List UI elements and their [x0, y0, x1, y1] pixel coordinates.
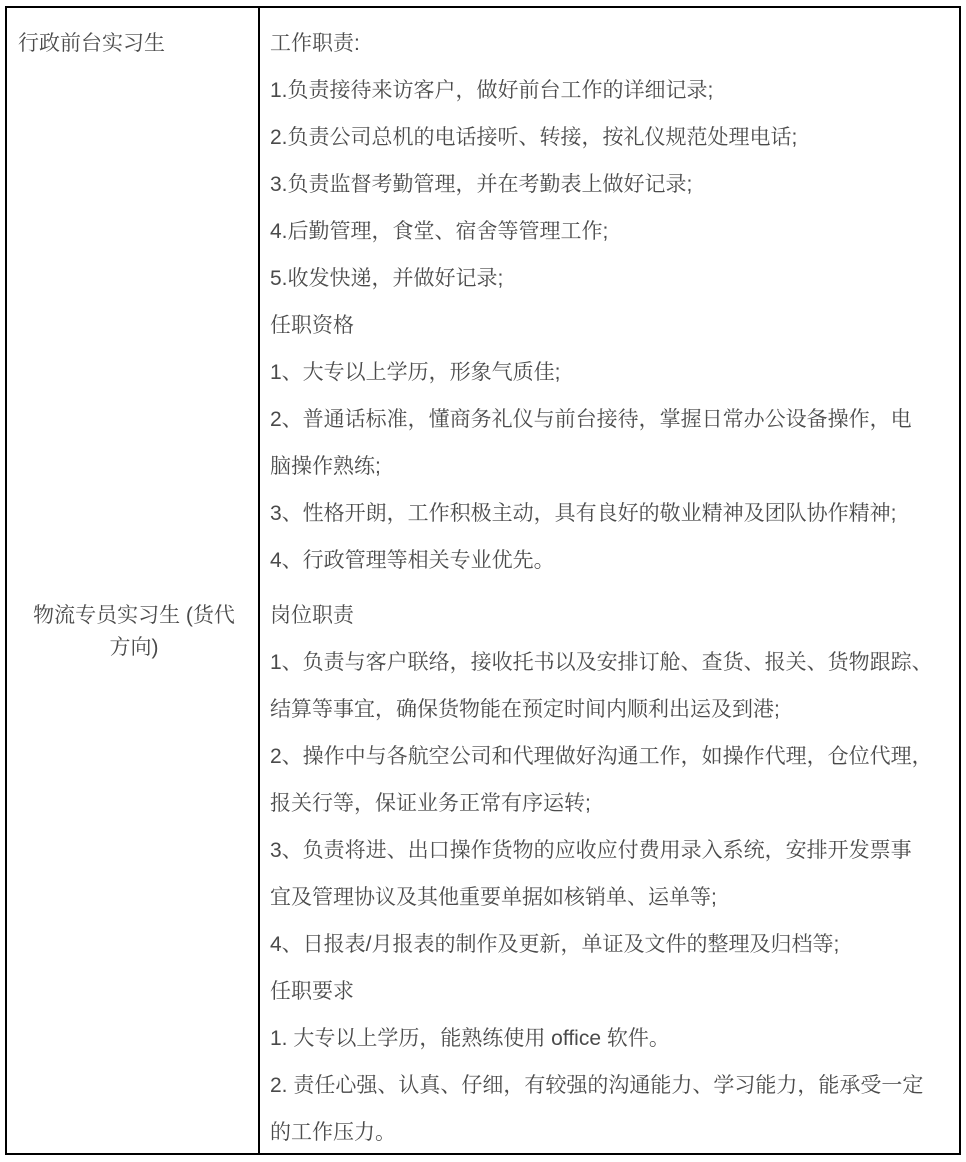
text-line: 岗位职责 — [270, 592, 951, 639]
job-title-cell-admin-front-desk-intern: 行政前台实习生 — [7, 8, 260, 580]
text-line: 宜及管理协议及其他重要单据如核销单、运单等; — [270, 874, 951, 921]
text-line: 结算等事宜，确保货物能在预定时间内顺利出运及到港; — [270, 686, 951, 733]
text-line: 任职要求 — [270, 968, 951, 1015]
text-line: 1、负责与客户联络，接收托书以及安排订舱、查货、报关、货物跟踪、 — [270, 639, 951, 686]
text-line: 3、性格开朗，工作积极主动，具有良好的敬业精神及团队协作精神; — [270, 490, 951, 537]
text-line: 2、操作中与各航空公司和代理做好沟通工作，如操作代理，仓位代理， — [270, 733, 951, 780]
job-title-cell-logistics-specialist-intern: 物流专员实习生 (货代方向) — [7, 580, 260, 1153]
text-line: 4、行政管理等相关专业优先。 — [270, 537, 951, 580]
text-line: 4.后勤管理，食堂、宿舍等管理工作; — [270, 208, 951, 255]
text-line: 1. 大专以上学历，能熟练使用 office 软件。 — [270, 1015, 951, 1062]
job-description-cell-logistics-specialist-intern: 岗位职责1、负责与客户联络，接收托书以及安排订舱、查货、报关、货物跟踪、结算等事… — [260, 580, 959, 1153]
text-line: 物流专员实习生 (货代 — [18, 600, 250, 632]
text-line: 5.收发快递，并做好记录; — [270, 255, 951, 302]
text-line: 报关行等，保证业务正常有序运转; — [270, 780, 951, 827]
text-line: 方向) — [18, 632, 250, 664]
job-positions-table: 行政前台实习生 工作职责:1.负责接待来访客户，做好前台工作的详细记录;2.负责… — [5, 6, 961, 1155]
text-line: 3.负责监督考勤管理，并在考勤表上做好记录; — [270, 161, 951, 208]
text-line: 2. 责任心强、认真、仔细，有较强的沟通能力、学习能力，能承受一定 — [270, 1062, 951, 1109]
text-line: 2.负责公司总机的电话接听、转接，按礼仪规范处理电话; — [270, 114, 951, 161]
text-line: 脑操作熟练; — [270, 443, 951, 490]
text-line: 1、大专以上学历，形象气质佳; — [270, 349, 951, 396]
text-line: 工作职责: — [270, 20, 951, 67]
text-line: 2、普通话标准，懂商务礼仪与前台接待，掌握日常办公设备操作，电 — [270, 396, 951, 443]
document-page: 行政前台实习生 工作职责:1.负责接待来访客户，做好前台工作的详细记录;2.负责… — [0, 0, 966, 1162]
text-line: 行政前台实习生 — [18, 28, 250, 60]
text-line: 3、负责将进、出口操作货物的应收应付费用录入系统，安排开发票事 — [270, 827, 951, 874]
text-line: 任职资格 — [270, 302, 951, 349]
text-line: 1.负责接待来访客户，做好前台工作的详细记录; — [270, 67, 951, 114]
text-line: 的工作压力。 — [270, 1109, 951, 1153]
job-description-cell-admin-front-desk-intern: 工作职责:1.负责接待来访客户，做好前台工作的详细记录;2.负责公司总机的电话接… — [260, 8, 959, 580]
text-line: 4、日报表/月报表的制作及更新，单证及文件的整理及归档等; — [270, 921, 951, 968]
